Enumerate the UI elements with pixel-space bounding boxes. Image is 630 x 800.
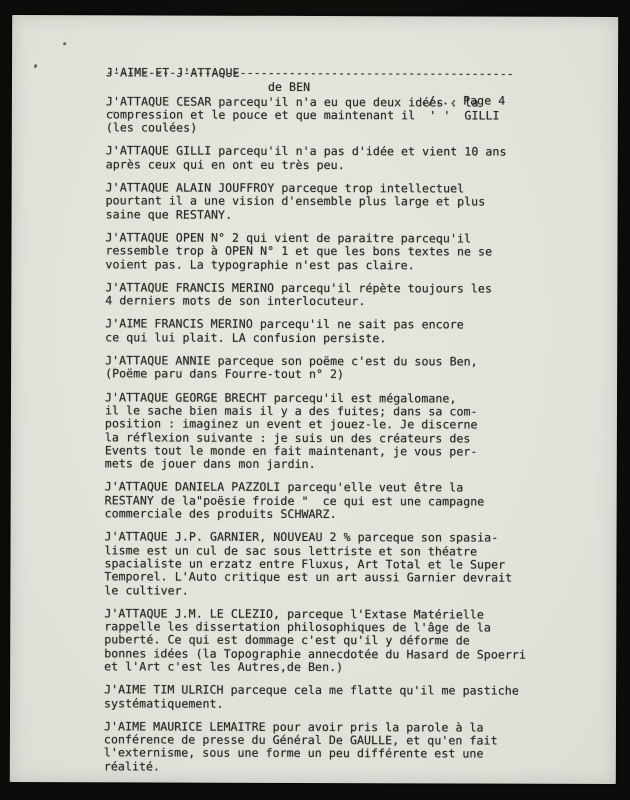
paragraph-aime-maurice-lemaitre: J'AIME MAURICE LEMAITRE pour avoir pris … xyxy=(104,720,600,775)
document-header: J'AIME ET J'ATTAQUE de BEN ./... Page 4 xyxy=(106,53,602,68)
paragraph-attaque-open-2: J'ATTAQUE OPEN N° 2 qui vient de paraitr… xyxy=(105,231,601,272)
document-content: J'AIME ET J'ATTAQUE de BEN ./... Page 4 … xyxy=(104,53,602,785)
paragraph-attaque-francis-merino: J'ATTAQUE FRANCIS MERINO parcequ'il répè… xyxy=(105,281,601,309)
paper-speck xyxy=(33,64,37,69)
paragraph-aime-francis-merino: J'AIME FRANCIS MERINO parcequ'il ne sait… xyxy=(105,318,601,346)
paragraph-attaque-jp-garnier: J'ATTAQUE J.P. GARNIER, NOUVEAU 2 % parc… xyxy=(104,531,600,599)
paragraph-attaque-george-brecht: J'ATTAQUE GEORGE BRECHT parcequ'il est m… xyxy=(105,391,601,472)
paper-speck xyxy=(63,42,66,45)
paragraph-attaque-alain-jouffroy: J'ATTAQUE ALAIN JOUFFROY parceque trop i… xyxy=(106,181,602,222)
document-title: J'AIME ET J'ATTAQUE xyxy=(106,67,240,81)
paragraph-attaque-gilli: J'ATTAQUE GILLI parcequ'il n'a pas d'idé… xyxy=(106,145,602,173)
page-indicator: ./... Page 4 xyxy=(421,94,505,108)
paragraph-attaque-cesar: J'ATTAQUE CESAR parcequ'il n'a eu que de… xyxy=(106,95,602,136)
paragraph-attaque-annie: J'ATTAQUE ANNIE parceque son poëme c'est… xyxy=(105,354,601,382)
paragraph-aime-tim-ulrich: J'AIME TIM ULRICH parceque cela me flatt… xyxy=(104,684,600,712)
paragraph-attaque-jm-le-clezio: J'ATTAQUE J.M. LE CLEZIO, parceque l'Ext… xyxy=(104,607,600,675)
paragraph-attaque-daniela-pazzoli: J'ATTAQUE DANIELA PAZZOLI parcequ'elle v… xyxy=(105,481,601,522)
scanned-document-page: J'AIME ET J'ATTAQUE de BEN ./... Page 4 … xyxy=(10,15,618,784)
document-author: de BEN xyxy=(268,80,310,93)
